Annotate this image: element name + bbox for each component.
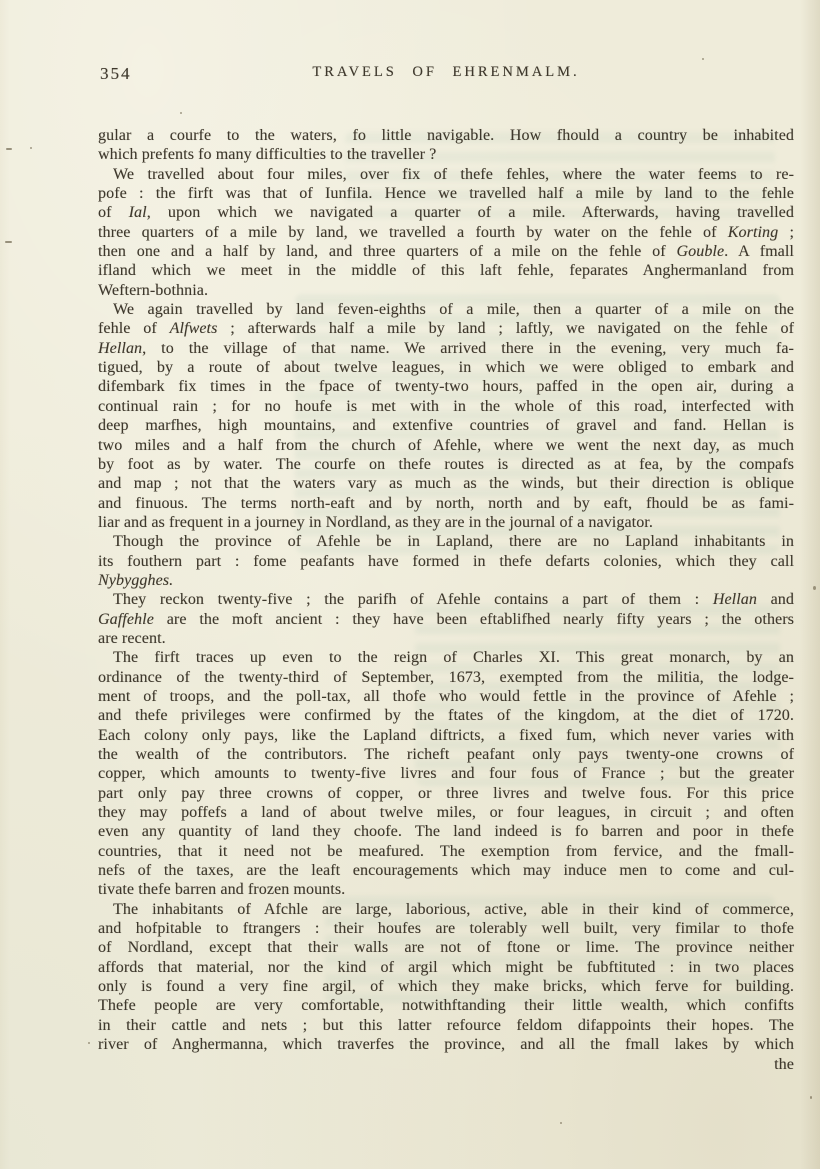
text-line: liar and as frequent in a journey in Nor… <box>98 513 794 532</box>
text-segment: Though the province of Afehle be in Lapl… <box>113 533 794 550</box>
text-segment: and map ; not that the waters vary as mu… <box>98 475 794 492</box>
text-segment: gular a courfe to the waters, fo little … <box>98 127 794 144</box>
catchword: the <box>98 1055 794 1074</box>
text-segment: nefs of the taxes, are the leaft encoura… <box>98 862 794 879</box>
text-segment: liar and as frequent in a journey in Nor… <box>98 514 653 531</box>
text-segment: ment of troops, and the poll-tax, all th… <box>98 688 794 705</box>
text-line: difembark fix times in the fpace of twen… <box>98 377 794 396</box>
text-line: Though the province of Afehle be in Lapl… <box>98 532 794 551</box>
text-segment: only is found a very fine argil, of whic… <box>98 978 794 995</box>
text-segment: they may poffefs a land of about twelve … <box>98 804 794 821</box>
italic-text: Nybygghes. <box>98 572 173 589</box>
text-line: by foot as by water. The courfe on thefe… <box>98 455 794 474</box>
text-line: We again travelled by land feven-eighths… <box>98 300 794 319</box>
text-segment: fehle of <box>98 320 170 337</box>
text-segment: tigued, by a route of about twelve leagu… <box>98 359 794 376</box>
text-line: ifland which we meet in the middle of th… <box>98 261 794 280</box>
text-line: We travelled about four miles, over fix … <box>98 165 794 184</box>
text-line: pofe : the firft was that of Iunfila. He… <box>98 184 794 203</box>
text-segment: . A fmall <box>724 243 794 260</box>
text-line: part only pay three crowns of copper, or… <box>98 784 794 803</box>
text-line: They reckon twenty-five ; the parifh of … <box>98 590 794 609</box>
text-segment: even any quantity of land they choofe. T… <box>98 823 794 840</box>
text-segment: part only pay three crowns of copper, or… <box>98 785 794 802</box>
text-segment: difembark fix times in the fpace of twen… <box>98 378 794 395</box>
text-line: continual rain ; for no houfe is met wit… <box>98 397 794 416</box>
text-line: Gaffehle are the moft ancient : they hav… <box>98 610 794 629</box>
text-segment: then one and a half by land, and three q… <box>98 243 676 260</box>
text-segment: by foot as by water. The courfe on thefe… <box>98 456 794 473</box>
text-line: the wealth of the contributors. The rich… <box>98 745 794 764</box>
text-segment: The firft traces up even to the reign of… <box>113 649 794 666</box>
text-line: deep marfhes, high mountains, and extenf… <box>98 416 794 435</box>
text-segment: Weftern-bothnia. <box>98 282 208 299</box>
italic-text: Hellan <box>713 591 757 608</box>
paper-speck <box>813 586 816 590</box>
paper-speck <box>6 148 12 150</box>
text-segment: ; afterwards half a mile by land ; laftl… <box>217 320 794 337</box>
text-segment: copper, which amounts to twenty-five liv… <box>98 765 794 782</box>
text-segment: deep marfhes, high mountains, and extenf… <box>98 417 794 434</box>
text-line: only is found a very fine argil, of whic… <box>98 977 794 996</box>
text-line: fehle of Alfwets ; afterwards half a mil… <box>98 319 794 338</box>
paper-speck <box>560 1122 562 1124</box>
text-line: gular a courfe to the waters, fo little … <box>98 126 794 145</box>
text-segment: , upon which we navigated a quarter of a… <box>147 204 794 221</box>
text-segment: three quarters of a mile by land, we tra… <box>98 224 728 241</box>
text-line: affords that material, nor the kind of a… <box>98 958 794 977</box>
text-line: The firft traces up even to the reign of… <box>98 648 794 667</box>
text-line: of Ial, upon which we navigated a quarte… <box>98 203 794 222</box>
text-line: ordinance of the twenty-third of Septemb… <box>98 668 794 687</box>
paper-speck <box>30 147 32 149</box>
italic-text: Hellan <box>98 340 142 357</box>
text-segment: which prefents fo many difficulties to t… <box>98 146 436 163</box>
paper-speck <box>88 1042 90 1044</box>
text-line: The inhabitants of Afchle are large, lab… <box>98 900 794 919</box>
text-segment: continual rain ; for no houfe is met wit… <box>98 398 794 415</box>
text-segment: of <box>98 204 129 221</box>
italic-text: Alfwets <box>170 320 218 337</box>
text-segment: pofe : the firft was that of Iunfila. He… <box>98 185 794 202</box>
text-segment: two miles and a half from the church of … <box>98 437 794 454</box>
text-segment: Thefe people are very comfortable, notwi… <box>98 997 794 1014</box>
text-segment: river of Anghermanna, which traverfes th… <box>98 1036 794 1053</box>
italic-text: Gouble <box>676 243 724 260</box>
italic-text: Gaffehle <box>98 611 154 628</box>
text-line: ment of troops, and the poll-tax, all th… <box>98 687 794 706</box>
text-line: which prefents fo many difficulties to t… <box>98 145 794 164</box>
text-line: are recent. <box>98 629 794 648</box>
page-body: gular a courfe to the waters, fo little … <box>98 126 794 1074</box>
text-line: tivate thefe barren and frozen mounts. <box>98 880 794 899</box>
book-page: 354 TRAVELS OF EHRENMALM. gular a courfe… <box>0 0 820 1169</box>
text-segment: are recent. <box>98 630 166 647</box>
text-line: and map ; not that the waters vary as mu… <box>98 474 794 493</box>
text-segment: of Nordland, except that their walls are… <box>98 939 794 956</box>
text-line: Hellan, to the village of that name. We … <box>98 339 794 358</box>
text-line: Each colony only pays, like the Lapland … <box>98 726 794 745</box>
text-segment: and <box>757 591 794 608</box>
text-segment: , to the village of that name. We arrive… <box>142 340 794 357</box>
text-line: then one and a half by land, and three q… <box>98 242 794 261</box>
paper-speck <box>702 58 704 60</box>
text-segment: tivate thefe barren and frozen mounts. <box>98 881 345 898</box>
text-segment: Each colony only pays, like the Lapland … <box>98 727 794 744</box>
text-segment: ordinance of the twenty-third of Septemb… <box>98 669 794 686</box>
paper-speck <box>5 241 12 243</box>
text-line: and finuous. The terms north-eaft and by… <box>98 494 794 513</box>
text-line: Weftern-bothnia. <box>98 281 794 300</box>
text-segment: the wealth of the contributors. The rich… <box>98 746 794 763</box>
text-segment: in their cattle and nets ; but this latt… <box>98 1017 794 1034</box>
paper-speck <box>810 1096 812 1099</box>
text-line: and hofpitable to ftrangers : their houf… <box>98 919 794 938</box>
text-line: two miles and a half from the church of … <box>98 436 794 455</box>
text-line: Nybygghes. <box>98 571 794 590</box>
text-line: its fouthern part : fome peafants have f… <box>98 552 794 571</box>
text-segment: are the moft ancient : they have been ef… <box>154 611 794 628</box>
text-line: nefs of the taxes, are the leaft encoura… <box>98 861 794 880</box>
text-segment: its fouthern part : fome peafants have f… <box>98 553 794 570</box>
text-line: and thefe privileges were confirmed by t… <box>98 706 794 725</box>
text-line: tigued, by a route of about twelve leagu… <box>98 358 794 377</box>
italic-text: Korting <box>728 224 779 241</box>
text-segment: affords that material, nor the kind of a… <box>98 959 794 976</box>
text-segment: countries, that it need not be meafured.… <box>98 843 794 860</box>
text-line: even any quantity of land they choofe. T… <box>98 822 794 841</box>
paper-speck <box>180 112 182 114</box>
text-segment: We travelled about four miles, over fix … <box>113 166 794 183</box>
text-line: countries, that it need not be meafured.… <box>98 842 794 861</box>
text-segment: and finuous. The terms north-eaft and by… <box>98 495 794 512</box>
text-line: three quarters of a mile by land, we tra… <box>98 223 794 242</box>
text-segment: We again travelled by land feven-eighths… <box>113 301 794 318</box>
text-segment: and thefe privileges were confirmed by t… <box>98 707 794 724</box>
text-segment: The inhabitants of Afchle are large, lab… <box>113 901 794 918</box>
text-segment: ; <box>778 224 794 241</box>
text-segment: ifland which we meet in the middle of th… <box>98 262 794 279</box>
text-line: copper, which amounts to twenty-five liv… <box>98 764 794 783</box>
running-title: TRAVELS OF EHRENMALM. <box>98 64 794 81</box>
text-segment: and hofpitable to ftrangers : their houf… <box>98 920 794 937</box>
text-line: of Nordland, except that their walls are… <box>98 938 794 957</box>
italic-text: Ial <box>129 204 147 221</box>
text-line: Thefe people are very comfortable, notwi… <box>98 996 794 1015</box>
text-line: river of Anghermanna, which traverfes th… <box>98 1035 794 1054</box>
text-line: they may poffefs a land of about twelve … <box>98 803 794 822</box>
text-line: in their cattle and nets ; but this latt… <box>98 1016 794 1035</box>
text-segment: They reckon twenty-five ; the parifh of … <box>113 591 713 608</box>
